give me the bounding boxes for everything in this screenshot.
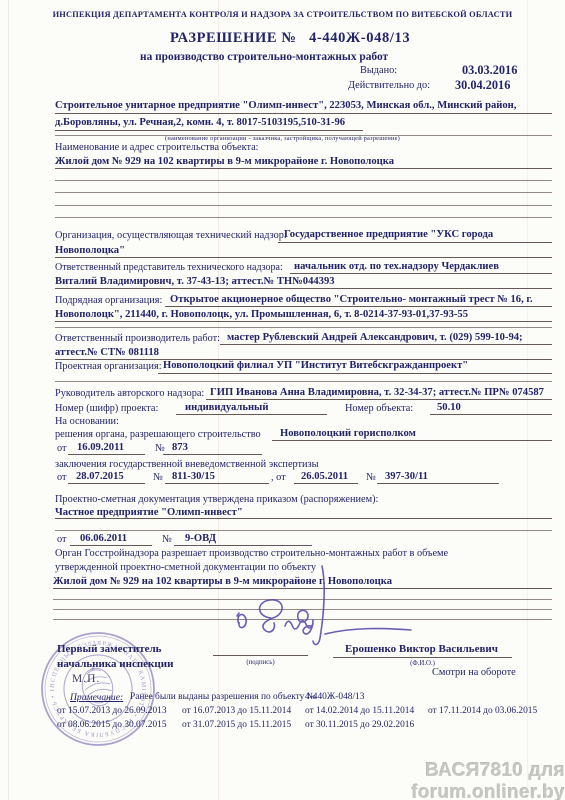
signature-caption: (подпись) [213,659,308,666]
rule-line [55,530,552,531]
expertise-label: заключения государственной вневедомствен… [55,460,319,471]
rule-line [294,483,358,484]
rule-line [377,483,499,484]
rule-line [55,130,363,131]
decision-label: решения органа, разрешающего строительст… [55,430,261,441]
tech-org-label: Организация, осуществляющая технический … [55,231,287,242]
rule-line [55,205,552,206]
rule-line [68,454,145,455]
foreman-value1: мастер Рублевский Андрей Александрович, … [227,332,523,343]
contractor-value2: Новополоцк", 211440, г. Новополоцк, ул. … [55,309,468,320]
basis-label: На основании: [55,417,119,428]
rule-line [55,518,552,519]
expertise1-date: 28.07.2015 [76,471,124,482]
rule-line [206,399,552,400]
rule-line [55,321,552,322]
note-date-range: от 08.06.2015 до 30.07.2015 [57,721,167,731]
author-supervisor-value: ГИП Иванова Анна Владимировна, т. 32-34-… [210,387,544,398]
rule-line [55,288,552,289]
see-reverse-note: Смотри на обороте [432,668,516,679]
valid-until-date: 30.04.2016 [455,79,510,92]
ot-label: от [57,444,67,455]
name-line [333,657,512,658]
expertise1-number: 811-30/15 [172,471,215,482]
ot-label: от [57,535,67,546]
signature-line [213,655,308,656]
contractor-label: Подрядная организация: [55,296,162,307]
note-date-range: от 30.11.2015 до 29.02.2016 [305,721,414,731]
permit-title-label: РАЗРЕШЕНИЕ № [170,30,297,46]
rule-line [278,242,552,243]
rule-line [55,168,552,169]
rule-line [55,327,552,328]
rule-line [55,192,552,193]
note-date-range: от 15.07.2013 до 26.09.2013 [57,707,167,717]
object-label: Наименование и адрес строительства объек… [55,143,259,154]
signer-role-line2: начальника инспекции [57,659,173,671]
rule-line [165,483,269,484]
comma-ot-label: , от [271,473,286,484]
rule-line [55,113,552,114]
rule-line [55,217,552,218]
tech-org-value1: Государственное предприятие "УКС города [284,229,493,240]
project-code-label: Номер (шифр) проекта: [55,404,158,415]
object-number-label: Номер объекта: [345,404,413,415]
customer-line1: Строительное унитарное предприятие "Олим… [55,100,516,111]
note-date-range: от 14.02.2014 до 15.11.2014 [305,707,414,717]
issued-date: 03.03.2016 [462,64,517,77]
note-intro: Ранее были выданы разрешения по объекту … [130,693,316,703]
rule-line [220,344,552,345]
customer-line2: д.Боровляны, ул. Речная,2, комн. 4, т. 8… [55,117,345,128]
rule-line [165,306,552,307]
design-org-value: Новополоцкий филиал УП "Институт Витебск… [163,360,468,371]
decision-number: 873 [172,442,188,453]
foreman-label: Ответственный производитель работ: [55,334,220,345]
ot-label: от [57,473,67,484]
inspection-header: ИНСПЕКЦИЯ ДЕПАРТАМЕНТА КОНТРОЛЯ И НАДЗОР… [0,11,565,20]
no-label: № [153,473,163,484]
tech-rep-value2: Виталий Владимирович, т. 37-43-13; аттес… [55,276,335,287]
tech-org-value2: Новополоцка" [55,245,125,256]
rule-line [158,373,552,374]
note-date-range: от 16.07.2013 до 15.11.2014 [182,707,291,717]
permit-subtitle: на производство строительно-монтажных ра… [140,52,388,64]
stamp-place-label: М.П. [72,673,100,685]
signer-name: Ерошенко Виктор Васильевич [345,644,498,656]
decision-date: 16.09.2011 [77,442,124,453]
approval-number: 9-ОВД [185,533,216,544]
note-permit-number: 4-440Ж-048/13 [305,693,364,703]
permit-number: 4-440Ж-048/13 [309,30,410,46]
project-code-value: индивидуальный [185,402,268,413]
object-name: Жилой дом № 929 на 102 квартиры в 9-м ми… [55,156,394,167]
note-date-range: от 31.07.2015 до 15.11.2015 [182,721,291,731]
object-number-value: 50.10 [437,402,461,413]
rule-line [272,440,552,441]
rule-line [176,414,327,415]
tech-rep-label: Ответственный представитель технического… [55,263,283,274]
decision-value: Новополоцкий горисполком [280,428,416,439]
fold-line-right [527,0,528,800]
official-round-stamp: ДЗЯРЖАЎНАГА КАМІТЭТА • РЭСПУБЛІКА БЕЛАРУ… [24,615,172,763]
tech-rep-value1: начальник отд. по тех.надзору Чердаклиев [294,261,499,272]
rule-line [68,483,145,484]
rule-line [430,414,552,415]
approval-label: Проектно-сметная документация утверждена… [55,495,378,506]
note-date-range: от 17.11.2014 до 03.06.2015 [428,707,537,717]
permit-document: ИНСПЕКЦИЯ ДЕПАРТАМЕНТА КОНТРОЛЯ И НАДЗОР… [0,0,565,800]
design-org-label: Проектная организация: [55,362,162,373]
rule-line [174,545,312,546]
expertise2-date: 26.05.2011 [301,471,348,482]
no-label: № [162,535,172,546]
forum-watermark: ВАСЯ7810 для forum.onliner.by [300,760,565,800]
rule-line [55,381,552,382]
note-label: Примечание: [70,693,123,703]
rule-line [290,273,552,274]
no-label: № [366,473,376,484]
permit-title-row: РАЗРЕШЕНИЕ № 4-440Ж-048/13 [170,31,410,46]
issued-label: Выдано: [360,66,397,77]
scan-edge-line [8,0,9,800]
expertise2-number: 397-30/11 [385,471,428,482]
valid-until-label: Действительно до: [348,81,430,92]
author-supervisor-label: Руководитель авторского надзора: [55,389,204,400]
rule-line [55,180,552,181]
foreman-value2: аттест.№ СТ№ 081118 [55,347,159,358]
rule-line [163,454,262,455]
approval-date: 06.06.2011 [80,533,127,544]
rule-line [55,257,552,258]
approval-value: Частное предприятие "Олимп-инвест" [55,507,243,518]
signer-role-line1: Первый заместитель [57,644,162,656]
contractor-value1: Открытое акционерное общество "Строитель… [170,294,533,305]
rule-line [70,545,152,546]
